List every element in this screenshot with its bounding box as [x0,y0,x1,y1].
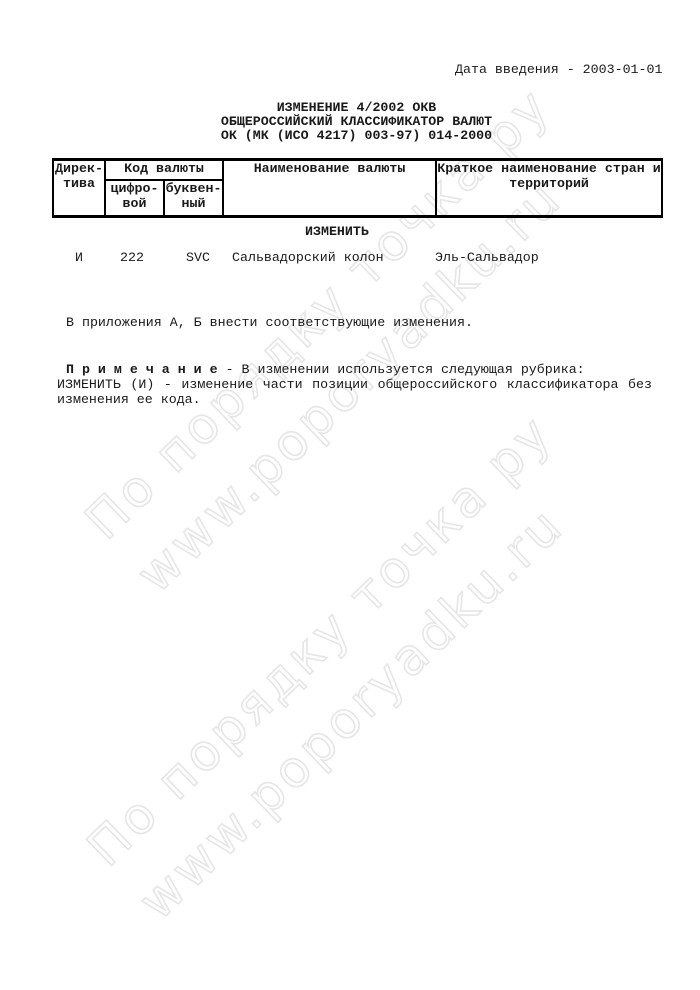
title-line-classifier-name: ОБЩЕРОССИЙСКИЙ КЛАССИФИКАТОР ВАЛЮТ [52,115,661,129]
note-intro: - В изменении используется следующая руб… [218,362,585,377]
section-label-change: ИЗМЕНИТЬ [305,224,369,239]
title-line-change-number: ИЗМЕНЕНИЕ 4/2002 ОКВ [52,101,661,115]
header-alpha-code-line2: ный [165,196,222,211]
note-body: ИЗМЕНИТЬ (И) - изменение части позиции о… [57,377,652,408]
header-directive-line2: тива [54,176,104,191]
header-numeric-code: цифро- вой [105,180,164,217]
row-currency-name: Сальвадорский колон [232,250,384,265]
appendix-note: В приложения А, Б внести соответствующие… [66,315,473,330]
row-alpha-code: SVC [186,250,210,265]
header-countries-line2: территорий [437,176,661,191]
note-label: П р и м е ч а н и е [66,362,218,377]
header-directive-line1: Дирек- [54,161,104,176]
header-currency-name: Наименование валюты [223,160,436,217]
row-directive: И [75,250,83,265]
document-page: По порядку точка ру www.poporyadku.ru По… [0,0,700,990]
document-content: Дата введения - 2003-01-01 ИЗМЕНЕНИЕ 4/2… [0,0,700,990]
document-title: ИЗМЕНЕНИЕ 4/2002 ОКВ ОБЩЕРОССИЙСКИЙ КЛАС… [52,101,661,144]
introduction-date: Дата введения - 2003-01-01 [455,62,662,77]
row-numeric-code: 222 [120,250,144,265]
header-alpha-code-line1: буквен- [165,181,222,196]
header-countries: Краткое наименование стран и территорий [436,160,662,217]
header-currency-code-group: Код валюты [105,160,223,181]
header-directive: Дирек- тива [53,160,105,217]
note-heading: П р и м е ч а н и е - В изменении исполь… [66,362,585,377]
header-numeric-code-line1: цифро- [106,181,163,196]
header-alpha-code: буквен- ный [164,180,223,217]
header-countries-line1: Краткое наименование стран и [437,161,661,176]
header-numeric-code-line2: вой [106,196,163,211]
title-line-classifier-code: ОК (МК (ИСО 4217) 003-97) 014-2000 [52,129,661,143]
classifier-table: Дирек- тива Код валюты Наименование валю… [52,158,663,218]
row-countries: Эль-Сальвадор [435,250,539,265]
